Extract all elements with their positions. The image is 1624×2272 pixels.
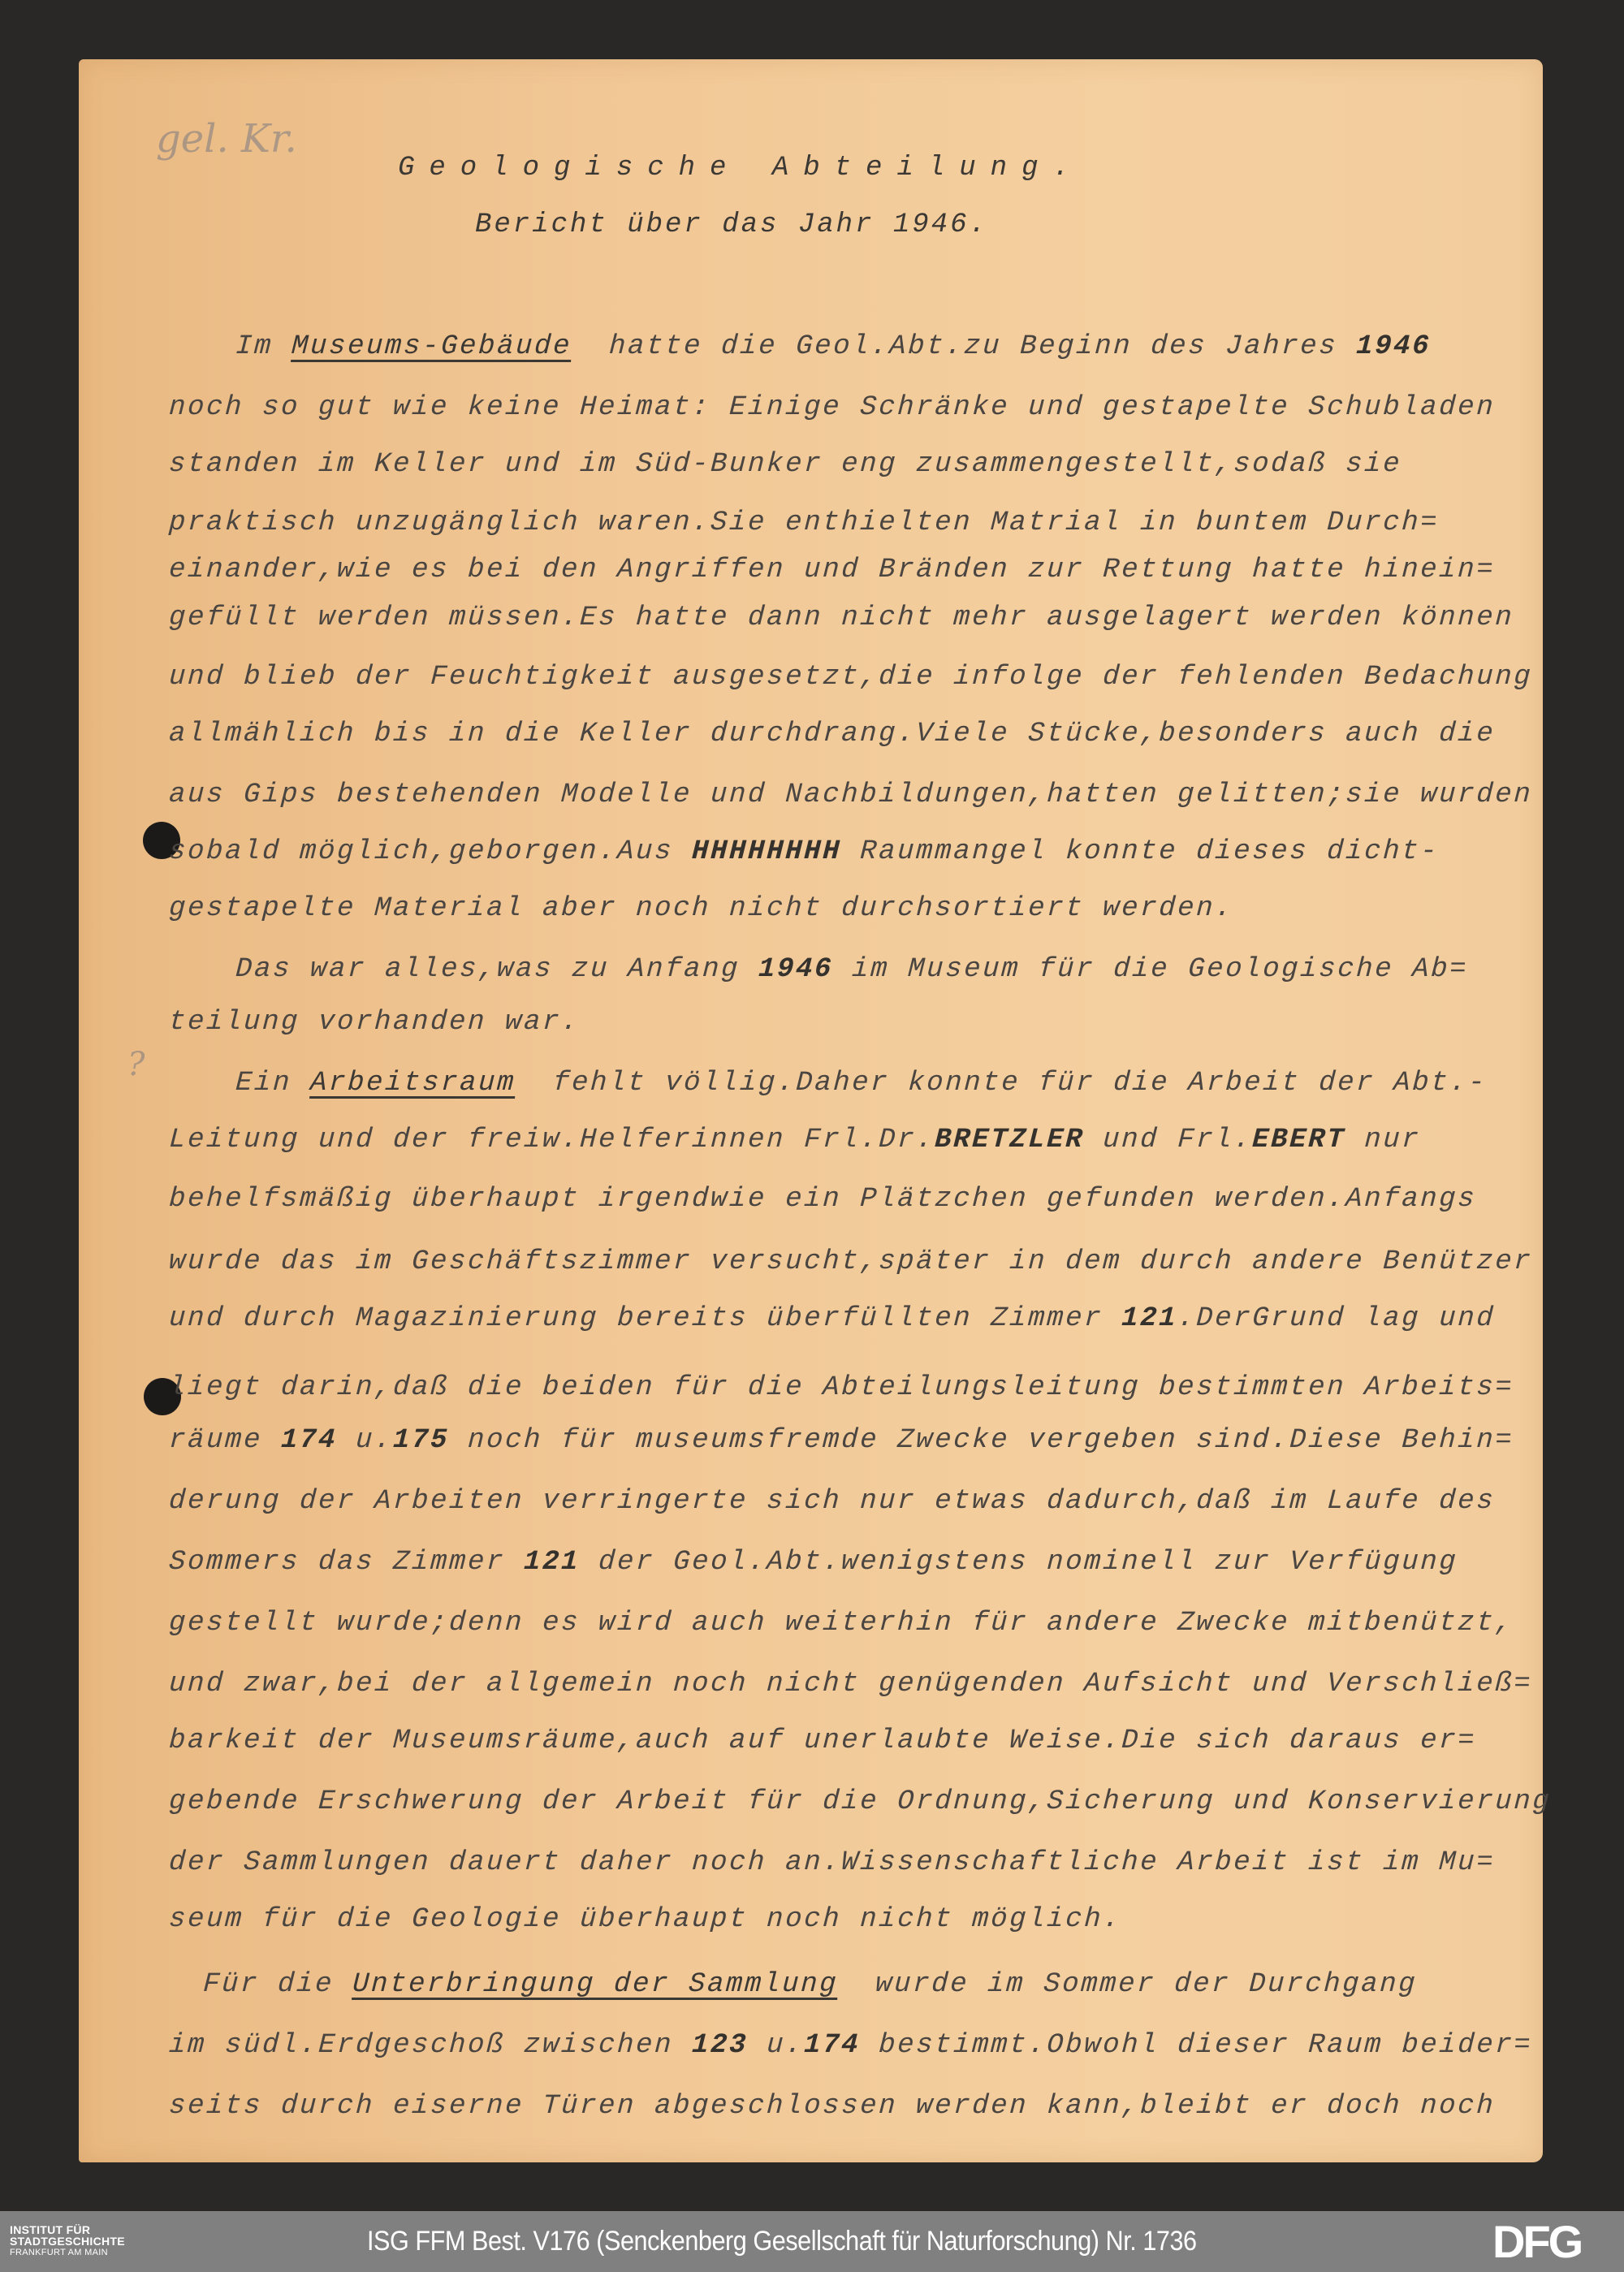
typed-line: barkeit der Museumsräume,auch auf unerla… [168, 1726, 1477, 1756]
typed-line: und durch Magazinierung bereits überfüll… [168, 1303, 1496, 1334]
line-text: noch für museumsfremde Zwecke vergeben s… [448, 1425, 1514, 1456]
typed-line: noch so gut wie keine Heimat: Einige Sch… [168, 392, 1496, 423]
emphasized-text: EBERT [1251, 1125, 1346, 1155]
line-text: Sommers das Zimmer [168, 1547, 525, 1578]
typed-line: Im Museums-Gebäude hatte die Geol.Abt.zu… [235, 331, 1432, 362]
line-text: Raummangel konnte dieses dicht- [840, 836, 1440, 867]
line-text: aus Gips bestehenden Modelle und Nachbil… [168, 780, 1533, 810]
typed-line: seum für die Geologie überhaupt noch nic… [168, 1904, 1122, 1935]
underlined-heading: Arbeitsraum [309, 1068, 516, 1099]
typed-line: und blieb der Feuchtigkeit ausgesetzt,di… [168, 662, 1533, 693]
institution-name-line2: STADTGESCHICHTE [10, 2235, 125, 2247]
typed-line: standen im Keller und im Süd-Bunker eng … [168, 449, 1402, 480]
line-text: Das war alles,was zu Anfang [235, 954, 759, 985]
line-text: der Sammlungen dauert daher noch an.Wiss… [168, 1847, 1496, 1878]
line-text: seits durch eiserne Türen abgeschlossen … [168, 2091, 1496, 2122]
line-text: gestellt wurde;denn es wird auch weiterh… [168, 1608, 1514, 1639]
archive-footer: INSTITUT FÜR STADTGESCHICHTE FRANKFURT A… [0, 2211, 1624, 2272]
line-text: nur [1345, 1125, 1421, 1155]
line-text: bestimmt.Obwohl dieser Raum beider= [859, 2030, 1533, 2061]
underlined-heading: Unterbringung der Sammlung [352, 1969, 839, 2000]
typed-line: Für die Unterbringung der Sammlung wurde… [202, 1969, 1418, 2000]
line-text: u. [336, 1425, 394, 1456]
line-text: standen im Keller und im Süd-Bunker eng … [168, 449, 1402, 480]
line-text: gefüllt werden müssen.Es hatte dann nich… [168, 603, 1514, 633]
line-text: derung der Arbeiten verringerte sich nur… [168, 1486, 1496, 1517]
line-text: im Museum für die Geologische Ab= [832, 954, 1469, 985]
emphasized-text: 175 [392, 1425, 450, 1456]
line-text: praktisch unzugänglich waren.Sie enthiel… [168, 508, 1440, 538]
typed-line: gestapelte Material aber noch nicht durc… [168, 893, 1234, 924]
line-text: allmählich bis in die Keller durchdrang.… [168, 719, 1496, 749]
typed-line: teilung vorhanden war. [168, 1007, 581, 1038]
line-text: und blieb der Feuchtigkeit ausgesetzt,di… [168, 662, 1533, 693]
line-text: wurde das im Geschäftszimmer versucht,sp… [168, 1246, 1533, 1277]
typed-line: im südl.Erdgeschoß zwischen 123 u.174 be… [168, 2030, 1533, 2061]
typed-line: gebende Erschwerung der Arbeit für die O… [168, 1786, 1552, 1817]
emphasized-text: 174 [803, 2030, 861, 2061]
line-text: im südl.Erdgeschoß zwischen [168, 2030, 693, 2061]
institution-logo: INSTITUT FÜR STADTGESCHICHTE FRANKFURT A… [10, 2224, 125, 2258]
line-text: räume [168, 1425, 282, 1456]
line-text: noch so gut wie keine Heimat: Einige Sch… [168, 392, 1496, 423]
line-text: seum für die Geologie überhaupt noch nic… [168, 1904, 1122, 1935]
line-text: Im [235, 331, 292, 362]
emphasized-text: 174 [280, 1425, 338, 1456]
emphasized-text: 123 [691, 2030, 749, 2061]
typed-line: und zwar,bei der allgemein noch nicht ge… [168, 1669, 1533, 1700]
emphasized-text: 121 [1121, 1303, 1178, 1334]
line-text: sobald möglich,geborgen.Aus [168, 836, 693, 867]
typed-line: aus Gips bestehenden Modelle und Nachbil… [168, 780, 1533, 810]
line-text: Leitung und der freiw.Helferinnen Frl.Dr… [168, 1125, 935, 1155]
typed-line: gestellt wurde;denn es wird auch weiterh… [168, 1608, 1514, 1639]
typed-line: räume 174 u.175 noch für museumsfremde Z… [168, 1425, 1514, 1456]
line-text: barkeit der Museumsräume,auch auf unerla… [168, 1726, 1477, 1756]
archive-caption: ISG FFM Best. V176 (Senckenberg Gesellsc… [367, 2226, 1197, 2257]
line-text: und durch Magazinierung bereits überfüll… [168, 1303, 1122, 1334]
emphasized-text: 1946 [758, 954, 834, 985]
line-text: der Geol.Abt.wenigstens nominell zur Ver… [579, 1547, 1458, 1578]
line-text: hatte die Geol.Abt.zu Beginn des Jahres [571, 331, 1357, 362]
typed-line: Leitung und der freiw.Helferinnen Frl.Dr… [168, 1125, 1421, 1155]
typed-line: allmählich bis in die Keller durchdrang.… [168, 719, 1496, 749]
line-text: fehlt völlig.Daher konnte für die Arbeit… [515, 1068, 1488, 1099]
underlined-heading: Museums-Gebäude [291, 331, 572, 362]
line-text: einander,wie es bei den Angriffen und Br… [168, 555, 1496, 585]
typed-line: einander,wie es bei den Angriffen und Br… [168, 555, 1496, 585]
margin-question-mark: ? [127, 1046, 145, 1083]
line-text: u. [747, 2030, 805, 2061]
institution-name-line1: INSTITUT FÜR [10, 2224, 125, 2235]
dfg-logo: DFG [1492, 2219, 1581, 2265]
line-text: wurde im Sommer der Durchgang [837, 1969, 1418, 2000]
line-text: teilung vorhanden war. [168, 1007, 581, 1038]
typed-line: der Sammlungen dauert daher noch an.Wiss… [168, 1847, 1496, 1878]
typed-line: sobald möglich,geborgen.Aus HHHHHHHH Rau… [168, 836, 1440, 867]
line-text: behelfsmäßig überhaupt irgendwie ein Plä… [168, 1184, 1477, 1215]
line-text: liegt darin,daß die beiden für die Abtei… [168, 1372, 1514, 1403]
typed-line: behelfsmäßig überhaupt irgendwie ein Plä… [168, 1184, 1477, 1215]
typed-line: derung der Arbeiten verringerte sich nur… [168, 1486, 1496, 1517]
typed-line: seits durch eiserne Türen abgeschlossen … [168, 2091, 1496, 2122]
typed-line: gefüllt werden müssen.Es hatte dann nich… [168, 603, 1514, 633]
line-text: gebende Erschwerung der Arbeit für die O… [168, 1786, 1552, 1817]
line-text: Ein [235, 1068, 311, 1099]
emphasized-text: BRETZLER [934, 1125, 1085, 1155]
typed-line: Ein Arbeitsraum fehlt völlig.Daher konnt… [235, 1068, 1488, 1099]
line-text: .DerGrund lag und [1177, 1303, 1496, 1334]
emphasized-text: 1946 [1355, 331, 1432, 362]
document-title: Geologische Abteilung. [398, 153, 1084, 184]
line-text: gestapelte Material aber noch nicht durc… [168, 893, 1234, 924]
typed-line: wurde das im Geschäftszimmer versucht,sp… [168, 1246, 1533, 1277]
typed-line: Das war alles,was zu Anfang 1946 im Muse… [235, 954, 1469, 985]
line-text: und zwar,bei der allgemein noch nicht ge… [168, 1669, 1533, 1700]
document-subtitle: Bericht über das Jahr 1946. [475, 209, 988, 240]
handwritten-note: gel. Kr. [156, 116, 297, 162]
line-text: und Frl. [1083, 1125, 1253, 1155]
typed-line: praktisch unzugänglich waren.Sie enthiel… [168, 508, 1440, 538]
typed-line: liegt darin,daß die beiden für die Abtei… [168, 1372, 1514, 1403]
line-text: Für die [202, 1969, 353, 2000]
institution-city: FRANKFURT AM MAIN [10, 2247, 125, 2258]
typed-line: Sommers das Zimmer 121 der Geol.Abt.weni… [168, 1547, 1458, 1578]
emphasized-text: HHHHHHHH [691, 836, 842, 867]
emphasized-text: 121 [523, 1547, 581, 1578]
